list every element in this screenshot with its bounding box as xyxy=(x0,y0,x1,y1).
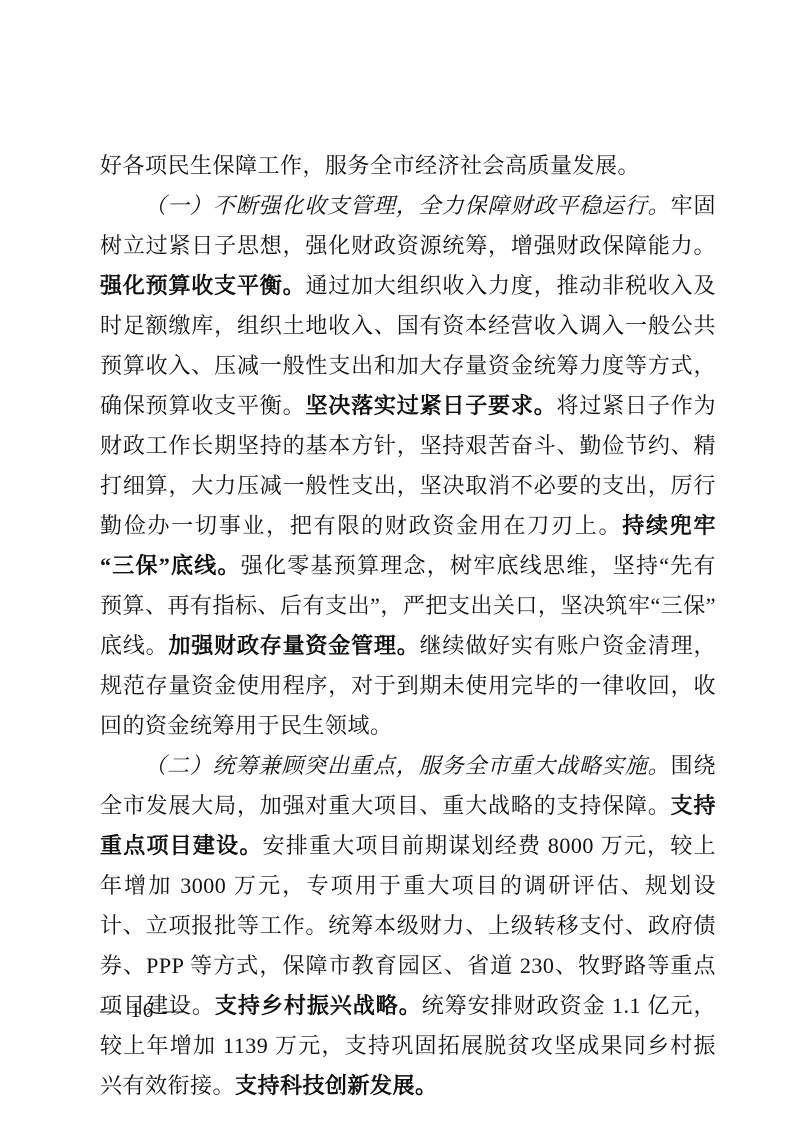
page-number: — 16 — xyxy=(100,998,186,1022)
text-segment-bold: 支持科技创新发展。 xyxy=(235,1073,438,1098)
text-segment-bold: 加强财政存量资金管理。 xyxy=(168,633,419,658)
text-segment-normal: 好各项民生保障工作，服务全市经济社会高质量发展。 xyxy=(100,153,640,178)
text-segment-bold: 强化预算收支平衡。 xyxy=(100,273,305,298)
text-segment-bold: 支持乡村振兴战略。 xyxy=(215,993,422,1018)
page-footer: — 16 — xyxy=(100,998,186,1023)
text-segment-kai: （一）不断强化收支管理，全力保障财政平稳运行。 xyxy=(144,193,671,218)
document-page: 好各项民生保障工作，服务全市经济社会高质量发展。（一）不断强化收支管理，全力保障… xyxy=(0,0,793,1122)
paragraph: 好各项民生保障工作，服务全市经济社会高质量发展。 xyxy=(100,146,716,186)
text-segment-bold: 坚决落实过紧日子要求。 xyxy=(305,393,556,418)
document-body: 好各项民生保障工作，服务全市经济社会高质量发展。（一）不断强化收支管理，全力保障… xyxy=(100,146,716,1106)
paragraph: （一）不断强化收支管理，全力保障财政平稳运行。牢固树立过紧日子思想，强化财政资源… xyxy=(100,186,716,746)
paragraph: （二）统筹兼顾突出重点，服务全市重大战略实施。围绕全市发展大局，加强对重大项目、… xyxy=(100,746,716,1106)
text-segment-normal: 安排重大项目前期谋划经费 8000 万元，较上年增加 3000 万元，专项用于重… xyxy=(100,833,716,1018)
text-segment-kai: （二）统筹兼顾突出重点，服务全市重大战略实施。 xyxy=(144,753,671,778)
